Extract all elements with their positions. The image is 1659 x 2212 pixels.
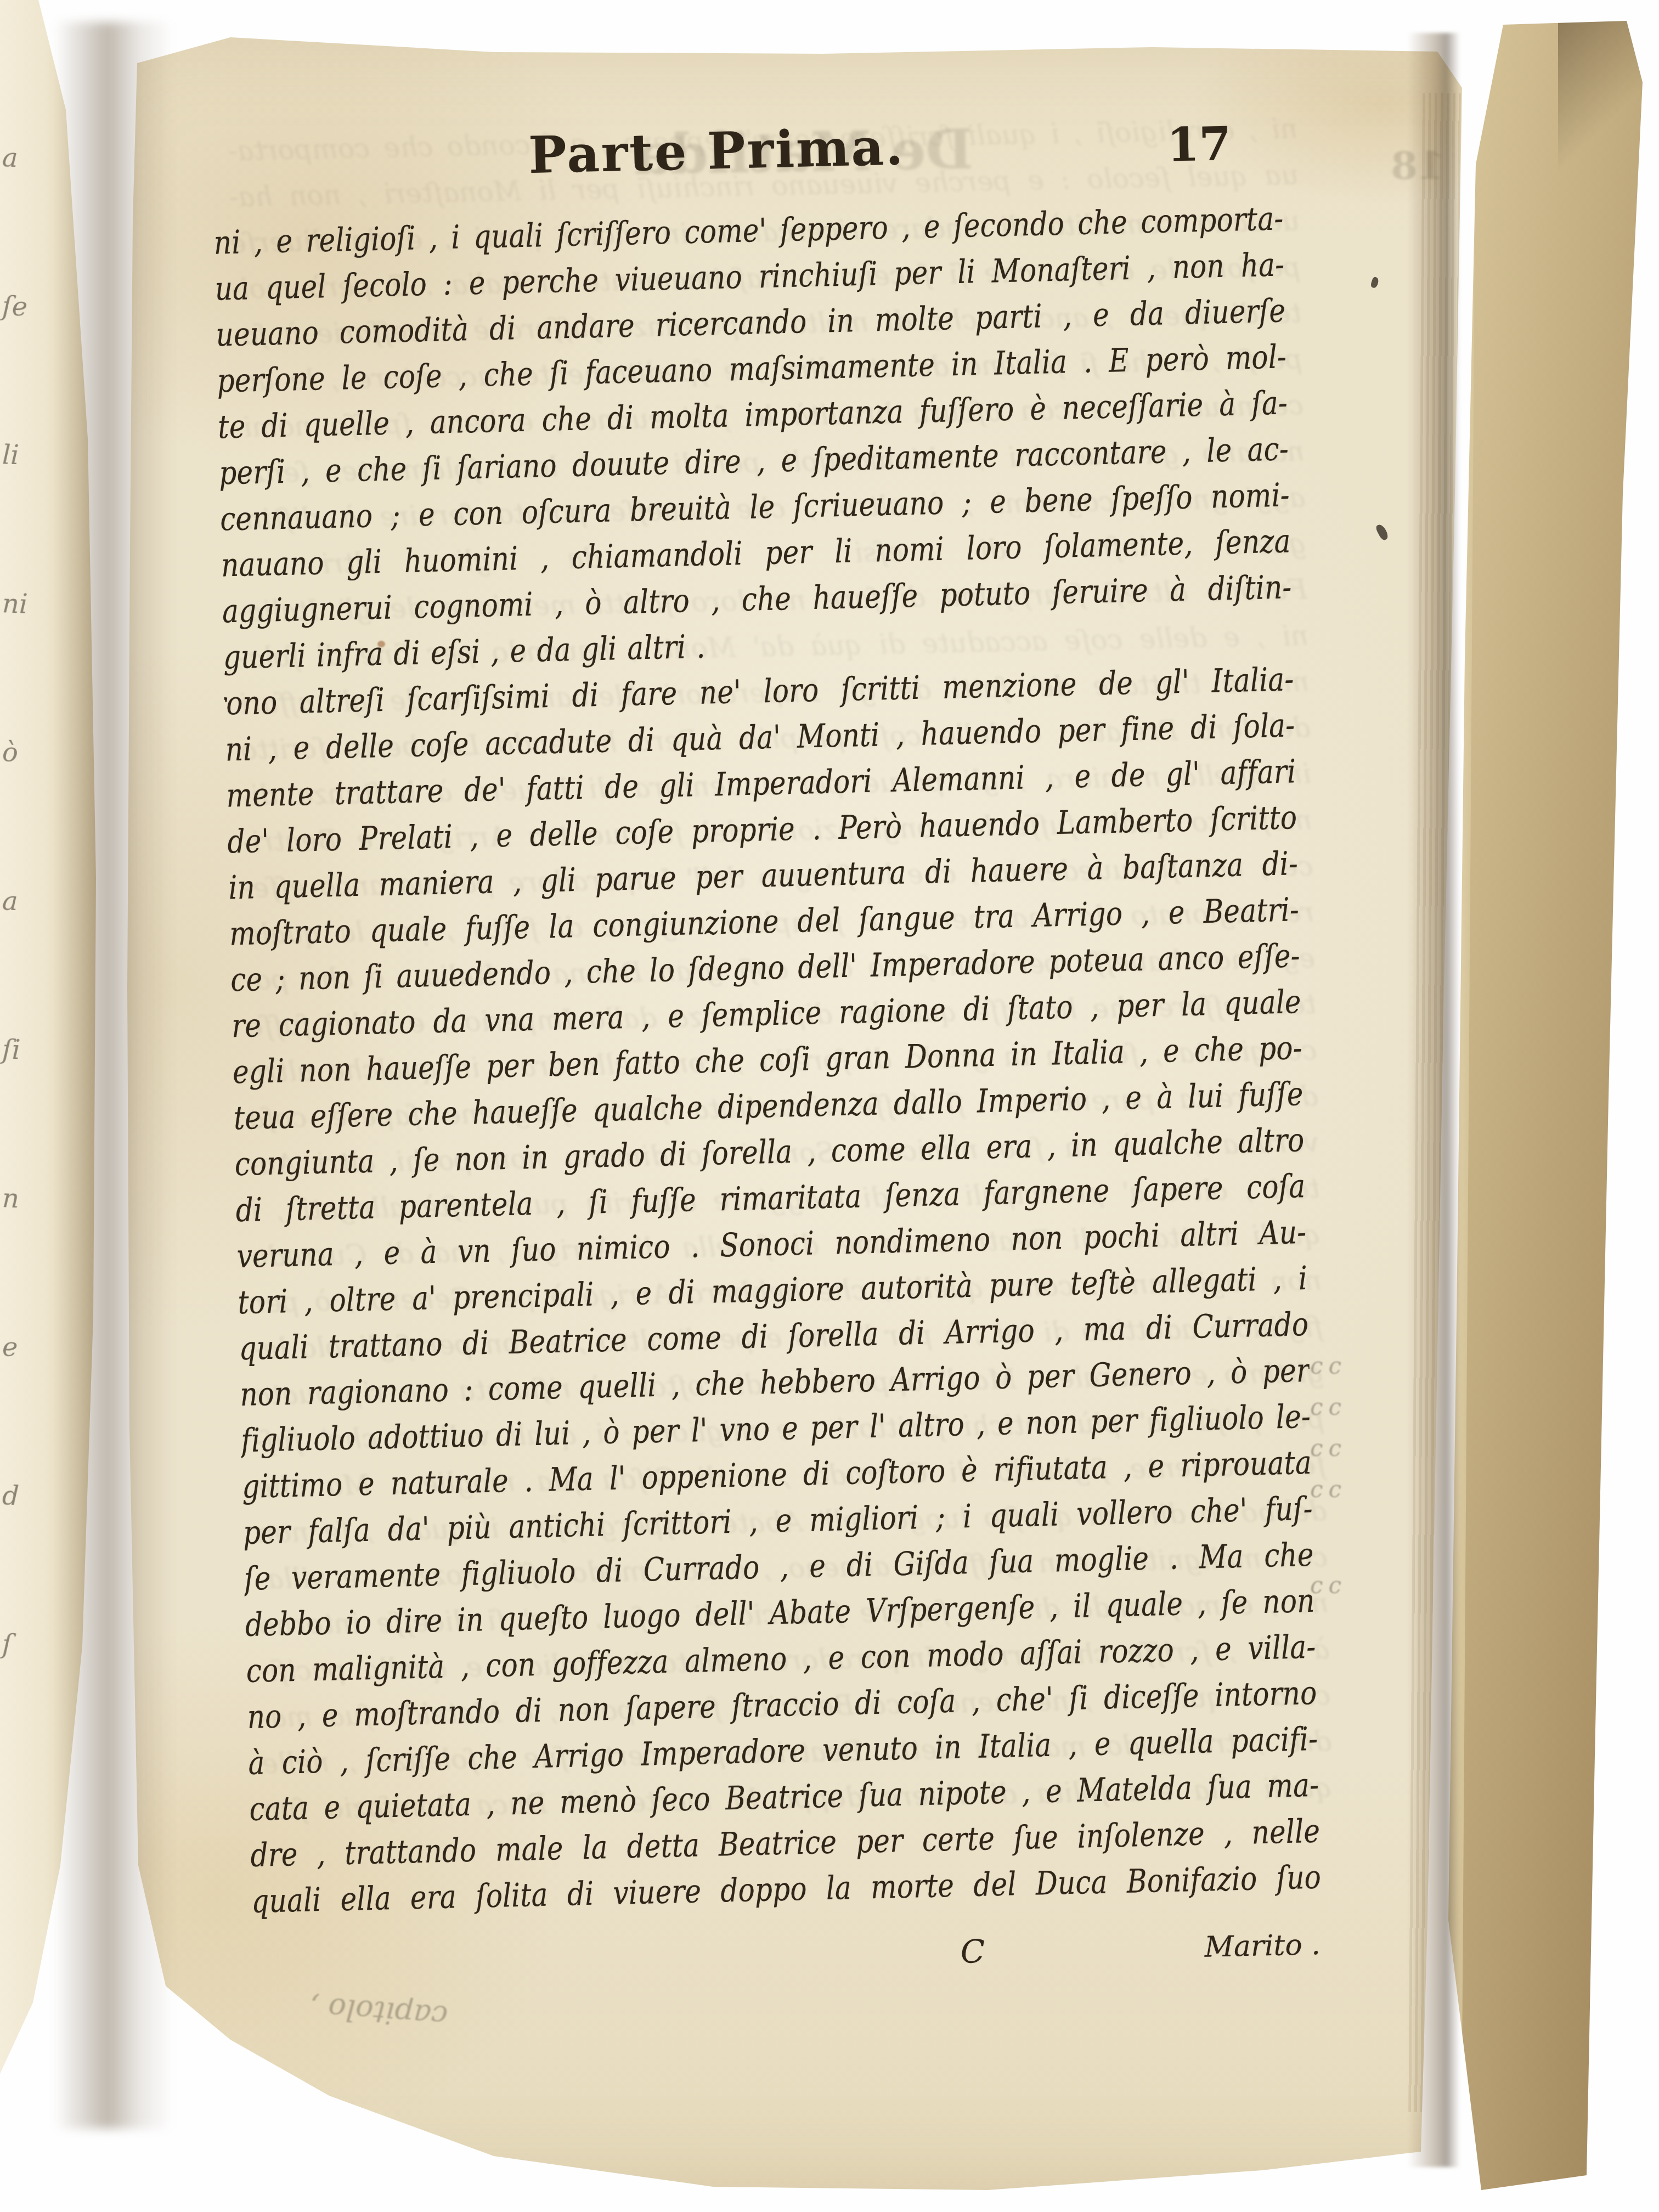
text-fragment: n [2, 1183, 28, 1215]
ink-speck [1370, 276, 1380, 289]
running-header: Parte Prima. [181, 109, 1252, 193]
text-fragment: d [2, 1480, 28, 1512]
quote-mark: cc [1310, 1565, 1347, 1606]
book-page: De Matilda 18 ni , e religioſi , i quali… [77, 27, 1547, 2194]
text-fragment: a [2, 142, 28, 174]
text-fragment: ò [2, 737, 28, 769]
text-fragment: ſ [2, 1629, 28, 1661]
body-text: ni , e religioſi , i quali ſcriſſero com… [213, 204, 1322, 1933]
ink-speck [1375, 523, 1390, 541]
photo-of-book-page: aſeliniòaſinedſ De Matilda 18 ni , e rel… [0, 0, 1659, 2212]
text-fragment: ſe [2, 291, 28, 323]
quote-mark: cc [1310, 1469, 1347, 1510]
quote-mark: cc [1310, 1345, 1347, 1386]
direction-line: C Marito . [252, 1925, 1323, 1999]
running-header-row: Parte Prima. 17 [211, 103, 1283, 210]
signature-mark: C [960, 1933, 985, 1971]
quote-mark: cc [1310, 1427, 1347, 1469]
text-fragment: a [2, 885, 28, 917]
vellum-corner-fold [1558, 16, 1646, 170]
text-fragment: li [2, 439, 28, 471]
text-fragment: ni [2, 588, 28, 620]
text-fragment: ſi [2, 1034, 28, 1066]
quote-mark: cc [1310, 1386, 1347, 1427]
text-fragment: e [2, 1331, 28, 1363]
facing-page-text-fragments: aſeliniòaſinedſ [2, 143, 27, 1660]
facing-page-edge: aſeliniòaſinedſ [0, 0, 99, 2096]
margin-quote-marks: cccccccccc [1310, 1345, 1347, 1606]
catchword: Marito . [1204, 1928, 1321, 1964]
printed-text-block: Parte Prima. 17 ni , e religioſi , i qua… [211, 103, 1323, 1999]
page-number: 17 [1166, 116, 1232, 172]
